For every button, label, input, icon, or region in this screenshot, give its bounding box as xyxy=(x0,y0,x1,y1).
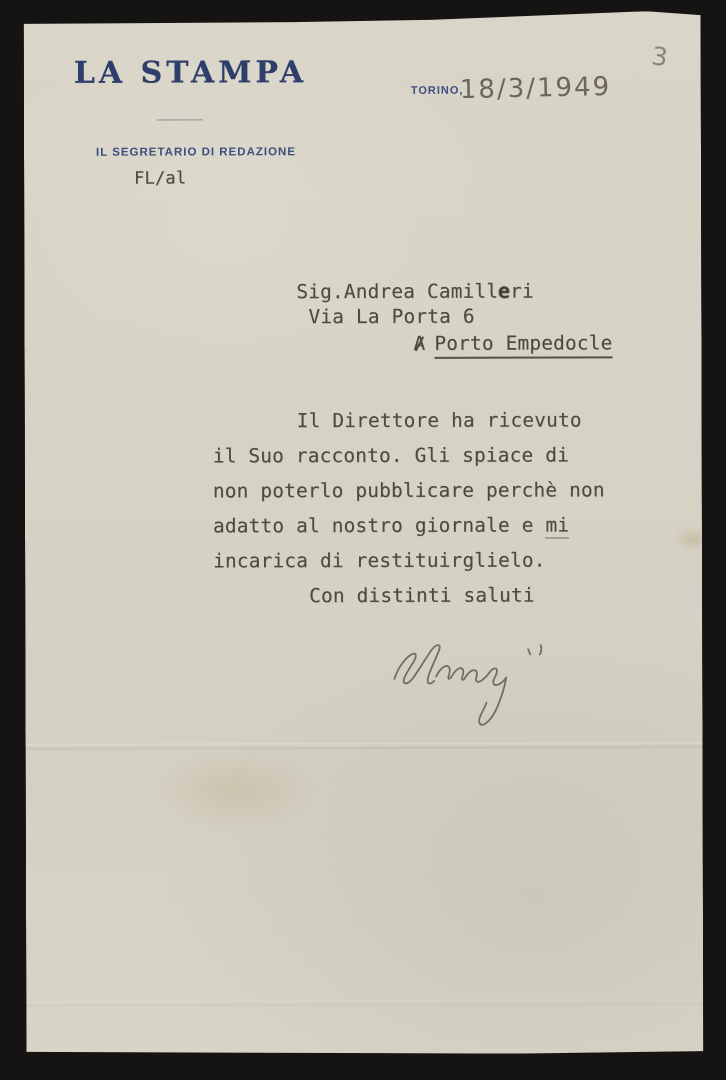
signature-stroke-ticks xyxy=(528,645,541,654)
fold-crease-lower xyxy=(26,999,703,1007)
body-line-2: il Suo racconto. Gli spiace di xyxy=(213,445,569,465)
recipient-street-line: Via La Porta 6 xyxy=(308,307,474,327)
letter-sheet: LA STAMPA IL SEGRETARIO DI REDAZIONE FL/… xyxy=(24,11,704,1055)
pencil-page-number: 3 xyxy=(650,43,669,70)
body-line-4: adatto al nostro giornale e mi xyxy=(213,515,569,535)
signature-stroke-initial xyxy=(394,645,440,683)
recipient-name-blotted-char: e xyxy=(498,280,510,303)
sender-role-line: IL SEGRETARIO DI REDAZIONE xyxy=(96,147,296,159)
fold-crease-upper xyxy=(26,742,703,750)
handwritten-date: 18/3/1949 xyxy=(460,74,612,103)
recipient-name-line: Sig.Andrea Camilleri xyxy=(296,282,534,302)
body-line-5: incarica di restituirglielo. xyxy=(213,551,546,571)
city-label: TORINO, xyxy=(411,86,464,97)
recipient-name-pre: Sig.Andrea Camill xyxy=(296,280,498,304)
recipient-name-post: ri xyxy=(510,280,534,303)
signature-stroke-tail xyxy=(479,668,506,724)
body-line-4-underlined-word: mi xyxy=(545,513,569,538)
struck-out-character: A xyxy=(413,334,425,353)
signature-stroke-humps xyxy=(436,666,489,682)
recipient-city-line: APorto Empedocle xyxy=(413,333,612,353)
body-line-3: non poterlo pubblicare perchè non xyxy=(213,480,605,500)
recipient-city: Porto Empedocle xyxy=(434,331,612,358)
closing-salutation: Con distinti saluti xyxy=(309,586,535,606)
logo-divider-rule xyxy=(157,119,203,120)
body-line-4-text: adatto al nostro giornale e xyxy=(213,514,546,538)
scan-background: { "annotations": { "page_number": "3" },… xyxy=(0,0,726,1080)
newspaper-logo: LA STAMPA xyxy=(74,58,307,89)
signature-scrawl xyxy=(348,631,578,728)
reference-initials: FL/al xyxy=(134,170,186,187)
body-line-1: Il Direttore ha ricevuto xyxy=(297,410,582,430)
